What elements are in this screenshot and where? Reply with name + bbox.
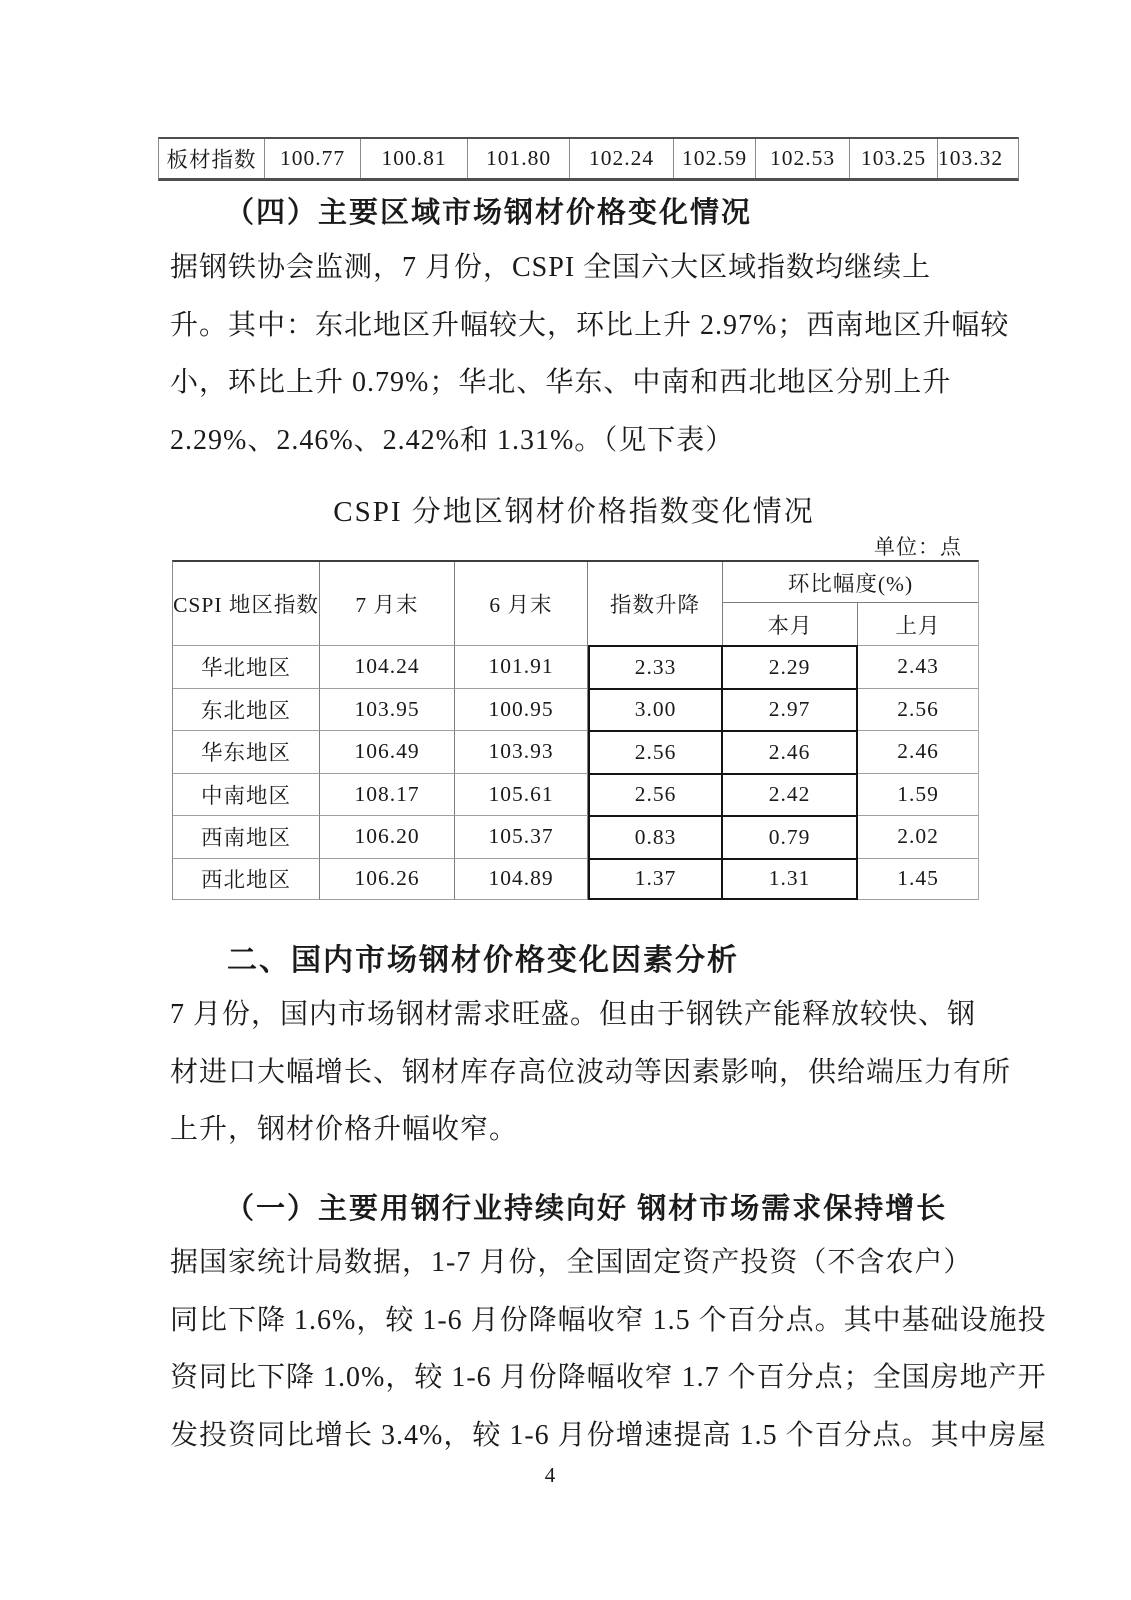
header-mom-previous: 上月 [858, 603, 978, 645]
mom-current-cell: 2.29 [723, 645, 858, 688]
header-mom-current: 本月 [723, 603, 858, 645]
table-header: CSPI 地区指数 7 月末 6 月末 指数升降 环比幅度(%) 本月 上月 [173, 562, 978, 645]
table-cell: 101.80 [468, 139, 570, 178]
change-value-cell: 1.37 [588, 858, 723, 901]
table-cell: 103.25 [850, 139, 938, 178]
table-cell: 102.53 [756, 139, 850, 178]
paragraph: 7 月份，国内市场钢材需求旺盛。但由于钢铁产能释放较快、钢 材进口大幅增长、钢材… [170, 986, 970, 1159]
mom-current-cell: 2.42 [723, 773, 858, 816]
paragraph-line: 据国家统计局数据，1-7 月份，全国固定资产投资（不含农户） [170, 1234, 970, 1292]
cspi-region-table: CSPI 地区指数 7 月末 6 月末 指数升降 环比幅度(%) 本月 上月 华… [172, 560, 979, 900]
table-row-label: 板材指数 [159, 139, 265, 178]
header-region: CSPI 地区指数 [173, 562, 320, 645]
section-heading-4: （四）主要区域市场钢材价格变化情况 [225, 190, 752, 231]
july-value-cell: 106.20 [320, 815, 455, 858]
table-cell: 103.32 [938, 139, 1003, 178]
june-value-cell: 105.61 [455, 773, 588, 816]
table-cell: 100.77 [265, 139, 361, 178]
change-value-cell: 2.33 [588, 645, 723, 688]
paragraph-line: 同比下降 1.6%，较 1-6 月份降幅收窄 1.5 个百分点。其中基础设施投 [170, 1292, 970, 1350]
header-mom-group: 环比幅度(%) [723, 562, 978, 603]
header-july: 7 月末 [320, 562, 455, 645]
paragraph-line: 小，环比上升 0.79%；华北、华东、中南和西北地区分别上升 [170, 354, 970, 412]
july-value-cell: 106.26 [320, 858, 455, 901]
paragraph-line: 上升，钢材价格升幅收窄。 [170, 1101, 970, 1159]
mom-previous-cell: 2.46 [858, 730, 978, 773]
mom-current-cell: 0.79 [723, 815, 858, 858]
table-cell: 100.81 [361, 139, 468, 178]
june-value-cell: 100.95 [455, 688, 588, 731]
change-value-cell: 2.56 [588, 773, 723, 816]
mom-previous-cell: 1.45 [858, 858, 978, 901]
table-title: CSPI 分地区钢材价格指数变化情况 [170, 489, 978, 530]
mom-previous-cell: 1.59 [858, 773, 978, 816]
change-value-cell: 0.83 [588, 815, 723, 858]
table-cell: 102.24 [570, 139, 674, 178]
region-cell: 华北地区 [173, 645, 320, 688]
region-cell: 华东地区 [173, 730, 320, 773]
table-body: 华北地区 104.24 101.91 2.33 2.29 2.43 东北地区 1… [173, 645, 978, 900]
paragraph-line: 据钢铁协会监测，7 月份，CSPI 全国六大区域指数均继续上 [170, 239, 970, 297]
july-value-cell: 106.49 [320, 730, 455, 773]
mom-current-cell: 2.46 [723, 730, 858, 773]
section-heading-2-1: （一）主要用钢行业持续向好 钢材市场需求保持增长 [225, 1186, 947, 1227]
paragraph-line: 资同比下降 1.0%，较 1-6 月份降幅收窄 1.7 个百分点；全国房地产开 [170, 1349, 970, 1407]
paragraph-line: 2.29%、2.46%、2.42%和 1.31%。（见下表） [170, 412, 970, 470]
document-page: 板材指数 100.77 100.81 101.80 102.24 102.59 … [0, 0, 1131, 1600]
june-value-cell: 103.93 [455, 730, 588, 773]
header-june: 6 月末 [455, 562, 588, 645]
region-cell: 东北地区 [173, 688, 320, 731]
mom-previous-cell: 2.43 [858, 645, 978, 688]
sheet-index-table: 板材指数 100.77 100.81 101.80 102.24 102.59 … [158, 137, 1019, 181]
mom-current-cell: 2.97 [723, 688, 858, 731]
change-value-cell: 2.56 [588, 730, 723, 773]
mom-previous-cell: 2.02 [858, 815, 978, 858]
table-cell: 102.59 [674, 139, 756, 178]
paragraph-line: 升。其中：东北地区升幅较大，环比上升 2.97%；西南地区升幅较 [170, 297, 970, 355]
july-value-cell: 108.17 [320, 773, 455, 816]
june-value-cell: 101.91 [455, 645, 588, 688]
section-heading-2: 二、国内市场钢材价格变化因素分析 [227, 935, 739, 979]
july-value-cell: 103.95 [320, 688, 455, 731]
page-number: 4 [0, 1463, 1100, 1488]
region-cell: 西北地区 [173, 858, 320, 901]
table-unit-note: 单位：点 [170, 531, 962, 561]
region-cell: 中南地区 [173, 773, 320, 816]
paragraph-line: 7 月份，国内市场钢材需求旺盛。但由于钢铁产能释放较快、钢 [170, 986, 970, 1044]
mom-previous-cell: 2.56 [858, 688, 978, 731]
paragraph-line: 材进口大幅增长、钢材库存高位波动等因素影响，供给端压力有所 [170, 1044, 970, 1102]
july-value-cell: 104.24 [320, 645, 455, 688]
june-value-cell: 104.89 [455, 858, 588, 901]
paragraph-line: 发投资同比增长 3.4%，较 1-6 月份增速提高 1.5 个百分点。其中房屋 [170, 1407, 970, 1465]
june-value-cell: 105.37 [455, 815, 588, 858]
mom-current-cell: 1.31 [723, 858, 858, 901]
change-value-cell: 3.00 [588, 688, 723, 731]
paragraph: 据钢铁协会监测，7 月份，CSPI 全国六大区域指数均继续上 升。其中：东北地区… [170, 239, 970, 469]
paragraph: 据国家统计局数据，1-7 月份，全国固定资产投资（不含农户） 同比下降 1.6%… [170, 1234, 970, 1464]
header-change: 指数升降 [588, 562, 723, 645]
region-cell: 西南地区 [173, 815, 320, 858]
